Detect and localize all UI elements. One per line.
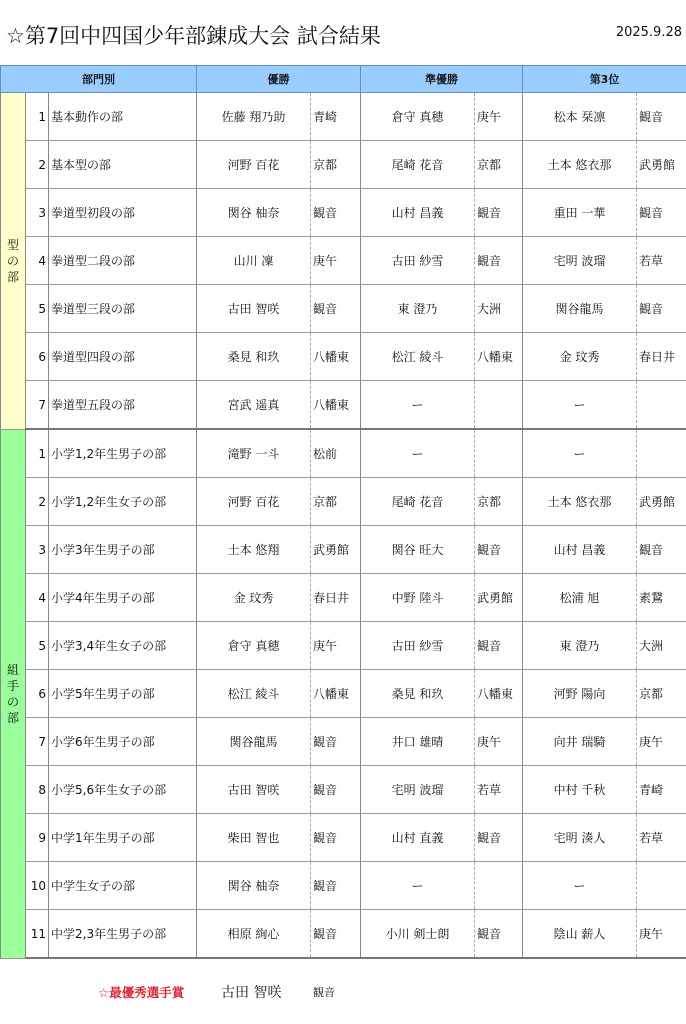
second-place-dojo: 庚午 <box>475 718 523 766</box>
results-body: 型の部1基本動作の部佐藤 翔乃助青崎倉守 真穂庚午松本 栞凛観音2基本型の部河野… <box>1 93 686 959</box>
row-number: 2 <box>26 478 49 526</box>
group-label-text: 型の部 <box>1 237 25 285</box>
third-place-dojo: 大洲 <box>637 622 686 670</box>
division-name: 小学5,6年生女子の部 <box>49 766 197 814</box>
row-number: 8 <box>26 766 49 814</box>
column-header-division: 部門別 <box>1 66 197 93</box>
third-place-dojo: 素鵞 <box>637 574 686 622</box>
event-date: 2025.9.28 <box>616 25 682 40</box>
second-place-dojo: 観音 <box>475 189 523 237</box>
second-place-name: 尾崎 花音 <box>361 478 475 526</box>
row-number: 3 <box>26 189 49 237</box>
mvp-label: ☆最優秀選手賞 <box>98 983 184 1001</box>
first-place-dojo: 庚午 <box>311 622 361 670</box>
third-place-dojo: 春日井 <box>637 333 686 381</box>
mvp-dojo: 観音 <box>313 984 335 1000</box>
first-place-name: 佐藤 翔乃助 <box>197 93 311 141</box>
third-place-dojo: 観音 <box>637 189 686 237</box>
third-place-name: 陰山 薪人 <box>523 910 637 959</box>
first-place-dojo: 京都 <box>311 478 361 526</box>
division-name: 中学1年生男子の部 <box>49 814 197 862</box>
first-place-name: 関谷 柚奈 <box>197 862 311 910</box>
first-place-name: 柴田 智也 <box>197 814 311 862</box>
second-place-dojo: 観音 <box>475 814 523 862</box>
table-row: 11中学2,3年生男子の部相原 絢心観音小川 剣士朗観音陰山 薪人庚午 <box>1 910 686 959</box>
table-row: 8小学5,6年生女子の部古田 智咲観音宅明 波瑠若草中村 千秋青崎 <box>1 766 686 814</box>
second-place-dojo: 観音 <box>475 526 523 574</box>
table-row: 5小学3,4年生女子の部倉守 真穂庚午古田 紗雪観音東 澄乃大洲 <box>1 622 686 670</box>
first-place-name: 土本 悠翔 <box>197 526 311 574</box>
third-place-dojo: 京都 <box>637 670 686 718</box>
division-name: 小学4年生男子の部 <box>49 574 197 622</box>
row-number: 11 <box>26 910 49 959</box>
second-place-name: ー <box>361 429 475 478</box>
third-place-name: 中村 千秋 <box>523 766 637 814</box>
first-place-dojo: 観音 <box>311 189 361 237</box>
third-place-name: 河野 陽向 <box>523 670 637 718</box>
second-place-dojo <box>475 429 523 478</box>
second-place-name: 小川 剣士朗 <box>361 910 475 959</box>
second-place-name: 倉守 真穂 <box>361 93 475 141</box>
row-number: 1 <box>26 93 49 141</box>
second-place-name: 桑見 和玖 <box>361 670 475 718</box>
third-place-name: 土本 悠衣那 <box>523 141 637 189</box>
first-place-name: 関谷 柚奈 <box>197 189 311 237</box>
third-place-dojo <box>637 429 686 478</box>
column-header-third: 第3位 <box>523 66 686 93</box>
division-name: 中学生女子の部 <box>49 862 197 910</box>
first-place-dojo: 観音 <box>311 862 361 910</box>
second-place-dojo: 観音 <box>475 910 523 959</box>
table-row: 4拳道型二段の部山川 凜庚午古田 紗雪観音宅明 波瑠若草 <box>1 237 686 285</box>
first-place-name: 倉守 真穂 <box>197 622 311 670</box>
third-place-dojo: 庚午 <box>637 910 686 959</box>
division-name: 小学3年生男子の部 <box>49 526 197 574</box>
results-table: 部門別 優勝 準優勝 第3位 型の部1基本動作の部佐藤 翔乃助青崎倉守 真穂庚午… <box>0 65 686 959</box>
row-number: 10 <box>26 862 49 910</box>
first-place-name: 古田 智咲 <box>197 285 311 333</box>
third-place-name: 関谷龍馬 <box>523 285 637 333</box>
second-place-name: 宅明 波瑠 <box>361 766 475 814</box>
first-place-dojo: 春日井 <box>311 574 361 622</box>
second-place-name: 中野 陸斗 <box>361 574 475 622</box>
division-name: 小学1,2年生男子の部 <box>49 429 197 478</box>
table-row: 型の部1基本動作の部佐藤 翔乃助青崎倉守 真穂庚午松本 栞凛観音 <box>1 93 686 141</box>
second-place-name: 古田 紗雪 <box>361 622 475 670</box>
first-place-name: 河野 百花 <box>197 478 311 526</box>
mvp-name: 古田 智咲 <box>221 982 281 1002</box>
third-place-name: 松浦 旭 <box>523 574 637 622</box>
second-place-name: 井口 雄晴 <box>361 718 475 766</box>
second-place-dojo: 大洲 <box>475 285 523 333</box>
third-place-name: ー <box>523 429 637 478</box>
division-name: 小学1,2年生女子の部 <box>49 478 197 526</box>
third-place-name: 東 澄乃 <box>523 622 637 670</box>
second-place-dojo <box>475 381 523 430</box>
first-place-name: 宮武 遥真 <box>197 381 311 430</box>
third-place-name: 重田 一華 <box>523 189 637 237</box>
second-place-name: 松江 綾斗 <box>361 333 475 381</box>
group-label-kata: 型の部 <box>1 93 26 430</box>
row-number: 4 <box>26 237 49 285</box>
second-place-name: 山村 直義 <box>361 814 475 862</box>
third-place-name: 宅明 波瑠 <box>523 237 637 285</box>
second-place-dojo: 庚午 <box>475 93 523 141</box>
division-name: 拳道型三段の部 <box>49 285 197 333</box>
column-header-second: 準優勝 <box>361 66 523 93</box>
division-name: 小学5年生男子の部 <box>49 670 197 718</box>
first-place-dojo: 観音 <box>311 766 361 814</box>
second-place-dojo: 観音 <box>475 622 523 670</box>
row-number: 4 <box>26 574 49 622</box>
first-place-dojo: 観音 <box>311 910 361 959</box>
second-place-dojo <box>475 862 523 910</box>
first-place-name: 桑見 和玖 <box>197 333 311 381</box>
division-name: 拳道型五段の部 <box>49 381 197 430</box>
third-place-dojo: 庚午 <box>637 718 686 766</box>
group-label-text: 組手の部 <box>1 662 25 726</box>
division-name: 拳道型二段の部 <box>49 237 197 285</box>
division-name: 基本動作の部 <box>49 93 197 141</box>
first-place-dojo: 青崎 <box>311 93 361 141</box>
row-number: 7 <box>26 381 49 430</box>
third-place-dojo: 武勇館 <box>637 141 686 189</box>
second-place-dojo: 京都 <box>475 141 523 189</box>
first-place-dojo: 武勇館 <box>311 526 361 574</box>
second-place-name: 山村 昌義 <box>361 189 475 237</box>
first-place-dojo: 八幡東 <box>311 333 361 381</box>
column-header-first: 優勝 <box>197 66 361 93</box>
third-place-dojo: 武勇館 <box>637 478 686 526</box>
table-row: 2小学1,2年生女子の部河野 百花京都尾崎 花音京都土本 悠衣那武勇館 <box>1 478 686 526</box>
row-number: 6 <box>26 333 49 381</box>
division-name: 中学2,3年生男子の部 <box>49 910 197 959</box>
second-place-dojo: 京都 <box>475 478 523 526</box>
division-name: 小学6年生男子の部 <box>49 718 197 766</box>
table-row: 7拳道型五段の部宮武 遥真八幡東ーー <box>1 381 686 430</box>
page-title: ☆第7回中四国少年部錬成大会 試合結果 <box>6 20 381 50</box>
row-number: 3 <box>26 526 49 574</box>
table-row: 組手の部1小学1,2年生男子の部滝野 一斗松前ーー <box>1 429 686 478</box>
first-place-name: 相原 絢心 <box>197 910 311 959</box>
second-place-dojo: 武勇館 <box>475 574 523 622</box>
third-place-dojo: 若草 <box>637 237 686 285</box>
row-number: 1 <box>26 429 49 478</box>
first-place-dojo: 観音 <box>311 814 361 862</box>
second-place-name: ー <box>361 381 475 430</box>
third-place-dojo: 青崎 <box>637 766 686 814</box>
division-name: 拳道型四段の部 <box>49 333 197 381</box>
first-place-name: 金 玟秀 <box>197 574 311 622</box>
second-place-name: 関谷 旺大 <box>361 526 475 574</box>
row-number: 2 <box>26 141 49 189</box>
table-row: 3小学3年生男子の部土本 悠翔武勇館関谷 旺大観音山村 昌義観音 <box>1 526 686 574</box>
third-place-dojo <box>637 381 686 430</box>
first-place-dojo: 八幡東 <box>311 670 361 718</box>
first-place-dojo: 八幡東 <box>311 381 361 430</box>
row-number: 7 <box>26 718 49 766</box>
third-place-name: 向井 瑞騎 <box>523 718 637 766</box>
mvp-award: ☆最優秀選手賞 古田 智咲 観音 <box>0 983 686 1003</box>
second-place-name: ー <box>361 862 475 910</box>
row-number: 5 <box>26 622 49 670</box>
table-header-row: 部門別 優勝 準優勝 第3位 <box>1 66 686 93</box>
second-place-dojo: 八幡東 <box>475 670 523 718</box>
table-row: 6拳道型四段の部桑見 和玖八幡東松江 綾斗八幡東金 玟秀春日井 <box>1 333 686 381</box>
group-label-kumite: 組手の部 <box>1 429 26 958</box>
third-place-name: 土本 悠衣那 <box>523 478 637 526</box>
table-row: 7小学6年生男子の部関谷龍馬観音井口 雄晴庚午向井 瑞騎庚午 <box>1 718 686 766</box>
first-place-dojo: 庚午 <box>311 237 361 285</box>
row-number: 6 <box>26 670 49 718</box>
division-name: 拳道型初段の部 <box>49 189 197 237</box>
division-name: 小学3,4年生女子の部 <box>49 622 197 670</box>
third-place-name: ー <box>523 862 637 910</box>
first-place-name: 山川 凜 <box>197 237 311 285</box>
division-name: 基本型の部 <box>49 141 197 189</box>
second-place-dojo: 観音 <box>475 237 523 285</box>
second-place-name: 東 澄乃 <box>361 285 475 333</box>
third-place-name: ー <box>523 381 637 430</box>
first-place-dojo: 松前 <box>311 429 361 478</box>
third-place-dojo: 観音 <box>637 285 686 333</box>
row-number: 9 <box>26 814 49 862</box>
third-place-dojo <box>637 862 686 910</box>
first-place-name: 関谷龍馬 <box>197 718 311 766</box>
third-place-dojo: 観音 <box>637 526 686 574</box>
row-number: 5 <box>26 285 49 333</box>
table-row: 6小学5年生男子の部松江 綾斗八幡東桑見 和玖八幡東河野 陽向京都 <box>1 670 686 718</box>
table-row: 10中学生女子の部関谷 柚奈観音ーー <box>1 862 686 910</box>
third-place-dojo: 若草 <box>637 814 686 862</box>
first-place-name: 滝野 一斗 <box>197 429 311 478</box>
third-place-name: 宅明 湊人 <box>523 814 637 862</box>
first-place-name: 河野 百花 <box>197 141 311 189</box>
first-place-name: 古田 智咲 <box>197 766 311 814</box>
third-place-dojo: 観音 <box>637 93 686 141</box>
first-place-name: 松江 綾斗 <box>197 670 311 718</box>
second-place-name: 古田 紗雪 <box>361 237 475 285</box>
table-row: 3拳道型初段の部関谷 柚奈観音山村 昌義観音重田 一華観音 <box>1 189 686 237</box>
second-place-dojo: 八幡東 <box>475 333 523 381</box>
first-place-dojo: 観音 <box>311 285 361 333</box>
table-row: 4小学4年生男子の部金 玟秀春日井中野 陸斗武勇館松浦 旭素鵞 <box>1 574 686 622</box>
third-place-name: 松本 栞凛 <box>523 93 637 141</box>
table-row: 5拳道型三段の部古田 智咲観音東 澄乃大洲関谷龍馬観音 <box>1 285 686 333</box>
table-row: 2基本型の部河野 百花京都尾崎 花音京都土本 悠衣那武勇館 <box>1 141 686 189</box>
first-place-dojo: 京都 <box>311 141 361 189</box>
first-place-dojo: 観音 <box>311 718 361 766</box>
second-place-dojo: 若草 <box>475 766 523 814</box>
second-place-name: 尾崎 花音 <box>361 141 475 189</box>
third-place-name: 金 玟秀 <box>523 333 637 381</box>
table-row: 9中学1年生男子の部柴田 智也観音山村 直義観音宅明 湊人若草 <box>1 814 686 862</box>
third-place-name: 山村 昌義 <box>523 526 637 574</box>
